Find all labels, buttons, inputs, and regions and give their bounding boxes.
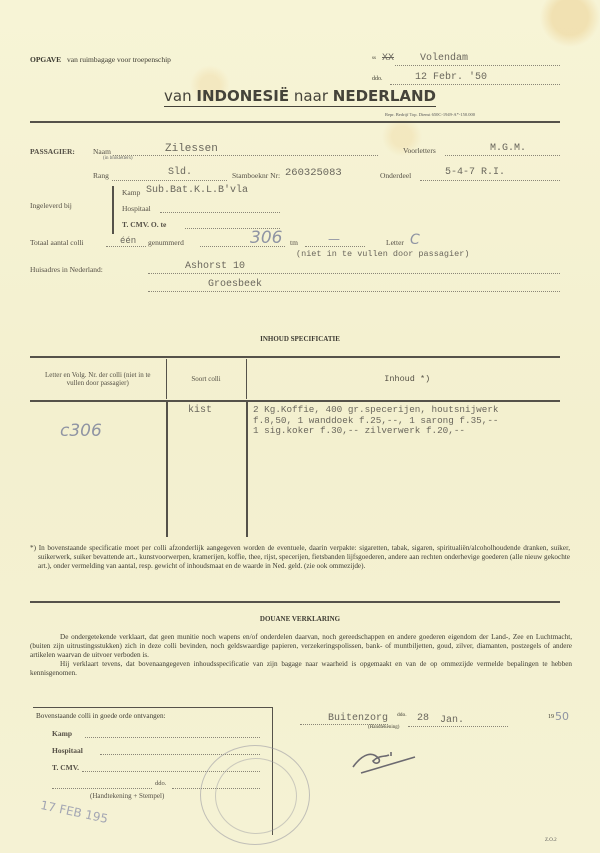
receipt-heading: Bovenstaande colli in goede orde ontvang… (36, 712, 166, 720)
receipt-signature-label: (Handtekening + Stempel) (90, 792, 164, 800)
tm-field[interactable]: — (328, 232, 340, 246)
ship-prefix: ss (372, 56, 376, 61)
signature-scribble (345, 745, 425, 780)
name-sublabel: (in blokletters) (103, 156, 133, 161)
delivered-label: Ingeleverd bij (30, 201, 72, 210)
receipt-camp-label: Kamp (52, 729, 72, 738)
spec-table: Letter en Volg. Nr. der colli (niet in t… (30, 359, 568, 399)
col-contents: Inhoud *) (246, 359, 568, 399)
form-title-main: OPGAVE (30, 55, 61, 64)
tcmv-label: T. CMV. O. te (122, 220, 166, 229)
form-title: OPGAVE van ruimbagage voor troepenschip (30, 55, 171, 64)
address-line1[interactable]: Ashorst 10 (185, 261, 245, 272)
unit-label: Onderdeel (380, 171, 411, 180)
sign-signature-label: (Handtekening) (368, 725, 399, 730)
receipt-camp-field[interactable] (85, 737, 260, 738)
letter-field[interactable]: C (410, 232, 420, 248)
hospital-label: Hospitaal (122, 204, 151, 213)
row-letter-nr: c306 (60, 421, 102, 441)
route-title: van INDONESIË naar NEDERLAND (0, 87, 600, 105)
customs-text: De ondergetekende verklaart, dat geen mu… (30, 633, 572, 678)
sign-date-label: ddo. (397, 712, 407, 718)
initials-label: Voorletters (403, 146, 436, 155)
footnote: *) In bovenstaande specificatie moet per… (30, 544, 570, 572)
header-divider (30, 121, 560, 123)
row-contents: 2 Kg.Koffie, 400 gr.specerijen, houtsnij… (253, 405, 498, 437)
rank-label: Rang (93, 171, 109, 180)
document-page: OPGAVE van ruimbagage voor troepenschip … (0, 0, 600, 853)
sign-place[interactable]: Buitenzorg (328, 713, 388, 724)
receipt-date-label: ddo. (155, 780, 166, 787)
spec-header-row: Letter en Volg. Nr. der colli (niet in t… (30, 359, 568, 399)
hospital-field[interactable] (160, 212, 280, 213)
address-label: Huisadres in Nederland: (30, 265, 103, 274)
rank-field[interactable]: Sld. (168, 167, 192, 178)
unit-field[interactable]: 5-4-7 R.I. (445, 167, 505, 178)
total-label: Totaal aantal colli (30, 238, 84, 247)
numbered-label: genummerd (148, 238, 184, 247)
sign-year-prefix: 19 (548, 714, 554, 720)
camp-field[interactable]: Sub.Bat.K.L.B'vla (146, 185, 248, 196)
numbered-field[interactable]: 306 (250, 228, 282, 248)
form-subtitle: van ruimbagage voor troepenschip (67, 55, 171, 64)
spec-title: INHOUD SPECIFICATIE (0, 335, 600, 343)
receipt-hospital-label: Hospitaal (52, 746, 83, 755)
sign-month[interactable]: Jan. (440, 715, 464, 726)
name-field[interactable]: Zilessen (165, 143, 218, 155)
regnr-field[interactable]: 260325083 (285, 167, 342, 179)
receipt-tcmv-label: T. CMV. (52, 763, 79, 772)
not-fill-note: (niet in te vullen door passagier) (296, 249, 469, 259)
customs-para-2: Hij verklaart tevens, dat bovenaangegeve… (30, 660, 572, 678)
customs-title: DOUANE VERKLARING (0, 615, 600, 623)
regnr-label: Stamboeknr Nr: (232, 171, 280, 180)
ship-name: Volendam (420, 53, 468, 64)
ship-struck: XX (382, 53, 394, 64)
sign-year[interactable]: 50 (555, 710, 569, 723)
camp-label: Kamp (122, 188, 140, 197)
name-label: Naam (93, 147, 111, 156)
col-kind: Soort colli (166, 359, 246, 399)
print-reference: Repr. Bedrijf Top. Dienst 650C-1949-A*-1… (385, 112, 475, 117)
footer-code: Z.O.2 (545, 838, 557, 843)
address-line2[interactable]: Groesbeek (208, 279, 262, 290)
tm-label: tm (290, 238, 298, 247)
date-value: 12 Febr. '50 (415, 72, 487, 83)
col-letter-nr: Letter en Volg. Nr. der colli (niet in t… (30, 359, 166, 399)
official-stamp (200, 745, 310, 845)
sign-day[interactable]: 28 (417, 713, 429, 724)
initials-field[interactable]: M.G.M. (490, 143, 526, 154)
letter-label: Letter (386, 238, 404, 247)
row-kind: kist (188, 405, 212, 416)
date-label: ddo. (372, 76, 383, 82)
passenger-label: PASSAGIER: (30, 147, 75, 156)
total-field[interactable]: één (120, 236, 136, 246)
customs-para-1: De ondergetekende verklaart, dat geen mu… (30, 633, 572, 660)
